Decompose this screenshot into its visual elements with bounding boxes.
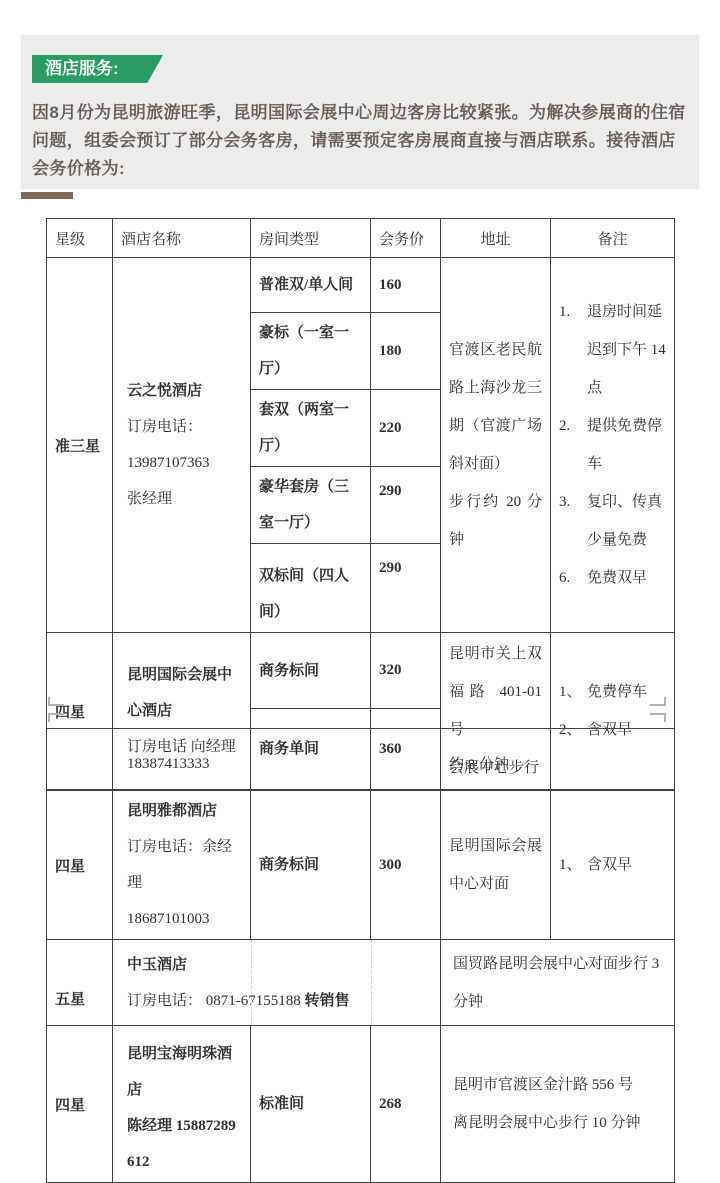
cell-room-type: 套双（两室一厅） xyxy=(251,390,371,467)
cell-price-empty xyxy=(371,729,441,791)
table-row: 18387413333 约 8 分钟 xyxy=(47,729,675,791)
note-item: 1.退房时间延迟到下午 14 点 xyxy=(559,293,666,407)
cell-notes: 1.退房时间延迟到下午 14 点 2.提供免费停车 3.复印、传真少量免费 6.… xyxy=(551,258,675,633)
cell-price: 290 xyxy=(371,467,441,544)
cell-hotel-info-merged: 中玉酒店 订房电话： 0871-67155188 转销售 xyxy=(113,940,441,1026)
ghost-gridline xyxy=(251,940,252,1025)
cell-address-merged: 昆明市官渡区金汁路 556 号 离昆明会展中心步行 10 分钟 xyxy=(441,1026,675,1183)
table-row: 四星 昆明宝海明珠酒店 陈经理 15887289612 标准间 268 昆明市官… xyxy=(47,1026,675,1183)
table-row: 准三星 云之悦酒店 订房电话： 13987107363 张经理 普准双/单人间 … xyxy=(47,258,675,313)
cell-price: 300 xyxy=(371,791,441,940)
cell-hotel-info: 昆明雅都酒店 订房电话：余经理 18687101003 xyxy=(113,791,251,940)
note-item: 3.复印、传真少量免费 xyxy=(559,483,666,559)
cell-price: 220 xyxy=(371,390,441,467)
hotel-name: 昆明国际会展中心酒店 xyxy=(127,657,242,729)
hotel-phone-number: 18687101003 xyxy=(127,901,242,937)
cell-address-continued: 约 8 分钟 xyxy=(441,729,551,791)
cell-star-level: 五星 xyxy=(47,940,113,1026)
cell-address: 官渡区老民航路上海沙龙三期（官渡广场斜对面） 步行约 20 分钟 xyxy=(441,258,551,633)
cell-room-type: 豪华套房（三室一厅） xyxy=(251,467,371,544)
cell-room-type: 标准间 xyxy=(251,1026,371,1183)
header-hotel-name: 酒店名称 xyxy=(113,219,251,258)
hotel-name: 中玉酒店 xyxy=(127,947,432,983)
table-row: 四星 昆明国际会展中心酒店 订房电话 向经理 商务标间 320 昆明市关上双福路… xyxy=(47,633,675,709)
hotel-manager-phone: 陈经理 15887289612 xyxy=(127,1108,242,1180)
cell-room-type: 普准双/单人间 xyxy=(251,258,371,313)
address-line: 官渡区老民航路上海沙龙三期（官渡广场斜对面） xyxy=(449,331,542,483)
cell-price: 320 xyxy=(371,633,441,709)
header-star-level: 星级 xyxy=(47,219,113,258)
page-break-mark-bottom-left xyxy=(48,697,64,706)
page-break-mark-bottom-right xyxy=(650,697,666,706)
cell-hotel-info: 昆明宝海明珠酒店 陈经理 15887289612 xyxy=(113,1026,251,1183)
hotel-name: 昆明宝海明珠酒店 xyxy=(127,1036,242,1108)
cell-room-type: 豪标（一室一厅） xyxy=(251,313,371,390)
cell-star-level: 四星 xyxy=(47,1026,113,1183)
cell-address: 昆明国际会展中心对面 xyxy=(441,791,551,940)
header-address: 地址 xyxy=(441,219,551,258)
cell-hotel-phone-continued: 18387413333 xyxy=(113,729,251,791)
hotel-name: 云之悦酒店 xyxy=(127,373,242,409)
cell-room-type: 商务标间 xyxy=(251,791,371,940)
table-row: 四星 昆明雅都酒店 订房电话：余经理 18687101003 商务标间 300 … xyxy=(47,791,675,940)
hotel-phone-line: 订房电话： 0871-67155188 转销售 xyxy=(127,983,432,1019)
cell-room-type: 商务标间 xyxy=(251,633,371,709)
address-line: 昆明市官渡区金汁路 556 号 xyxy=(453,1066,666,1104)
note-item: 2.提供免费停车 xyxy=(559,407,666,483)
address-line: 步行约 20 分钟 xyxy=(449,483,542,559)
hotel-price-table-part1: 星级 酒店名称 房间类型 会务价 地址 备注 准三星 云之悦酒店 订房电话： 1… xyxy=(46,218,675,790)
cell-price: 290 xyxy=(371,544,441,633)
cell-star-level-empty xyxy=(47,729,113,791)
cell-room-type-empty xyxy=(251,729,371,791)
cell-price: 160 xyxy=(371,258,441,313)
intro-paragraph: 因8月份为昆明旅游旺季，昆明国际会展中心周边客房比较紧张。为解决参展商的住宿问题… xyxy=(32,99,690,183)
header-conference-price: 会务价 xyxy=(371,219,441,258)
hotel-phone-label: 订房电话：余经理 xyxy=(127,829,242,901)
cell-address-merged: 国贸路昆明会展中心对面步行 3 分钟 xyxy=(441,940,675,1026)
cell-star-level: 四星 xyxy=(47,791,113,940)
table-header-row: 星级 酒店名称 房间类型 会务价 地址 备注 xyxy=(47,219,675,258)
header-room-type: 房间类型 xyxy=(251,219,371,258)
cell-price: 180 xyxy=(371,313,441,390)
hotel-phone-number: 13987107363 xyxy=(127,445,242,481)
hotel-contact-bold: 转销售 xyxy=(305,993,350,1009)
note-item: 1、含双早 xyxy=(559,846,666,884)
hotel-price-table-part2: 18387413333 约 8 分钟 四星 昆明雅都酒店 订房电话：余经理 18… xyxy=(46,728,675,1183)
cell-price: 268 xyxy=(371,1026,441,1183)
address-line: 离昆明会展中心步行 10 分钟 xyxy=(453,1104,666,1142)
ghost-gridline xyxy=(371,940,372,1025)
cell-hotel-info: 云之悦酒店 订房电话： 13987107363 张经理 xyxy=(113,258,251,633)
section-badge-hotel-services: 酒店服务: xyxy=(32,55,163,83)
address-line: 国贸路昆明会展中心对面步行 3 分钟 xyxy=(453,945,666,1021)
table-row: 五星 中玉酒店 订房电话： 0871-67155188 转销售 国贸路昆明会展中… xyxy=(47,940,675,1026)
cell-notes: 1、含双早 xyxy=(551,791,675,940)
hotel-manager: 张经理 xyxy=(127,481,242,517)
page-break-mark-top-right xyxy=(650,713,666,722)
cell-room-type: 双标间（四人间） xyxy=(251,544,371,633)
cell-star-level: 准三星 xyxy=(47,258,113,633)
hotel-name: 昆明雅都酒店 xyxy=(127,793,242,829)
note-item: 6.免费双早 xyxy=(559,559,666,597)
page-break-mark-top-left xyxy=(48,713,64,722)
address-line: 昆明国际会展中心对面 xyxy=(449,827,542,903)
hotel-phone-label: 订房电话： xyxy=(127,409,242,445)
header-notes: 备注 xyxy=(551,219,675,258)
cell-notes-empty xyxy=(551,729,675,791)
brown-divider-bar xyxy=(21,192,73,199)
